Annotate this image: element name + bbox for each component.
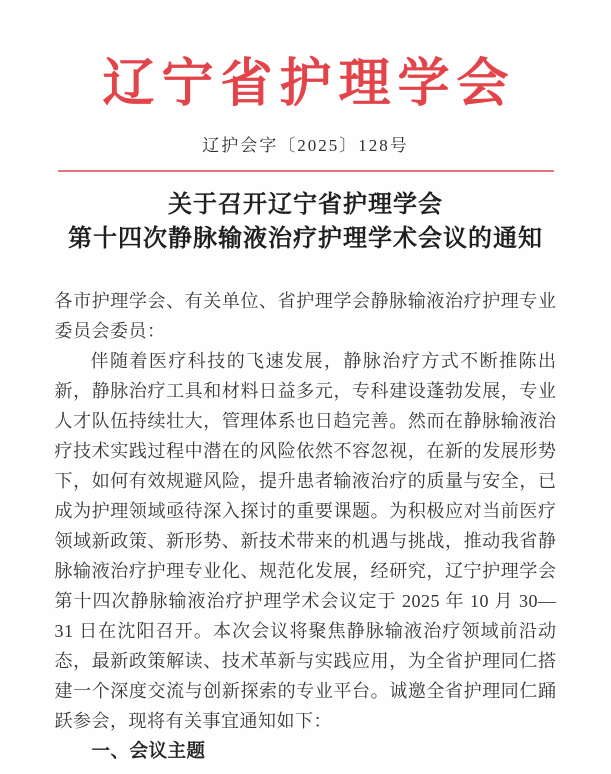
notice-title-line1: 关于召开辽宁省护理学会 [0,188,611,222]
intro-paragraph: 伴随着医疗科技的飞速发展，静脉治疗方式不断推陈出新，静脉治疗工具和材料日益多元，… [55,346,557,736]
notice-body: 各市护理学会、有关单位、省护理学会静脉输液治疗护理专业委员会委员： 伴随着医疗科… [55,286,557,766]
notice-title: 关于召开辽宁省护理学会 第十四次静脉输液治疗护理学术会议的通知 [0,188,611,256]
red-divider-rule [58,170,554,172]
section-heading-1: 一、会议主题 [55,736,557,766]
notice-title-line2: 第十四次静脉输液治疗护理学术会议的通知 [0,222,611,256]
org-masthead: 辽宁省护理学会 [0,52,611,118]
notice-document-page: 辽宁省护理学会 辽护会字〔2025〕128号 关于召开辽宁省护理学会 第十四次静… [0,0,611,774]
salutation-line: 各市护理学会、有关单位、省护理学会静脉输液治疗护理专业委员会委员： [55,286,557,346]
doc-number: 辽护会字〔2025〕128号 [0,134,611,158]
